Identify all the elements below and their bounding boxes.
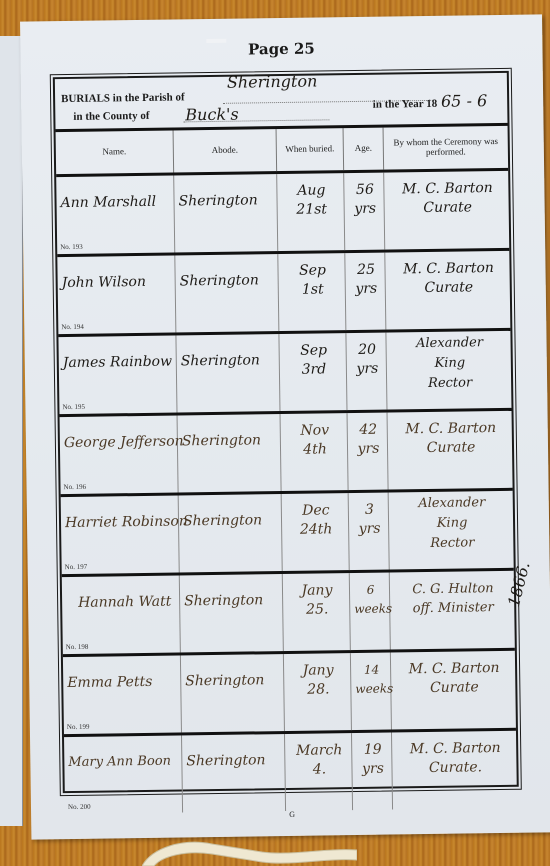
burials-parish-label: BURIALS in the Parish of — [61, 91, 185, 105]
parish-value: Sherington — [227, 72, 318, 92]
table-row: Hannah WattNo. 198 Sherington Jany25. 6w… — [62, 571, 515, 657]
year-label: in the Year 18 — [373, 98, 438, 111]
age-cell: 6weeks — [350, 573, 391, 651]
table-row: James RainbowNo. 195 Sherington Sep3rd 2… — [58, 331, 511, 417]
column-headers: Name. Abode. When buried. Age. By whom t… — [56, 126, 509, 177]
name-cell: Ann MarshallNo. 193 — [56, 176, 175, 255]
when-buried-cell: Sep1st — [278, 253, 346, 331]
abode-cell: Sherington — [181, 654, 285, 732]
name-cell: Hannah WattNo. 198 — [62, 575, 181, 654]
when-buried-cell: March4. — [285, 733, 353, 811]
abode-cell: Sherington — [179, 494, 283, 572]
age-cell: 3yrs — [349, 493, 390, 571]
county-value: Buck's — [185, 105, 239, 125]
when-buried-cell: Jany25. — [283, 573, 351, 651]
age-cell: 19yrs — [352, 733, 393, 811]
table-row: George JeffersonNo. 196 Sherington Nov4t… — [60, 411, 513, 497]
when-buried-cell: Dec24th — [282, 493, 350, 571]
abode-cell: Sherington — [176, 334, 280, 412]
age-cell: 14weeks — [351, 653, 392, 731]
name-cell: Harriet RobinsonNo. 197 — [61, 495, 180, 574]
when-buried-cell: Jany28. — [284, 653, 352, 731]
abode-cell: Sherington — [178, 414, 282, 492]
burial-register-table: BURIALS in the Parish of Sherington in t… — [53, 71, 519, 793]
col-name: Name. — [56, 131, 175, 175]
when-buried-cell: Aug21st — [277, 173, 345, 251]
age-cell: 56yrs — [344, 173, 385, 251]
county-label: in the County of — [73, 110, 149, 123]
age-cell: 20yrs — [346, 333, 387, 411]
col-age: Age. — [344, 128, 385, 171]
name-cell: Mary Ann BoonNo. 200 — [64, 735, 183, 814]
ceremony-by-cell: AlexanderKingRector — [389, 491, 514, 570]
name-cell: George JeffersonNo. 196 — [60, 415, 179, 494]
table-row: Ann MarshallNo. 193 Sherington Aug21st 5… — [56, 171, 509, 257]
abode-cell: Sherington — [174, 174, 278, 252]
col-ceremony-by: By whom the Ceremony was performed. — [384, 126, 509, 170]
name-cell: James RainbowNo. 195 — [58, 335, 177, 414]
name-cell: John WilsonNo. 194 — [57, 255, 176, 334]
register-page: Page 25 BURIALS in the Parish of Shering… — [20, 14, 550, 839]
ceremony-by-cell: M. C. BartonCurate — [388, 411, 513, 490]
col-abode: Abode. — [174, 129, 278, 172]
abode-cell: Sherington — [180, 574, 284, 652]
name-cell: Emma PettsNo. 199 — [63, 655, 182, 734]
abode-cell: Sherington — [182, 734, 286, 812]
ceremony-by-cell: M. C. BartonCurate — [391, 651, 516, 730]
facing-page-edge — [0, 36, 23, 826]
ceremony-by-cell: M. C. BartonCurate. — [392, 731, 517, 810]
when-buried-cell: Nov4th — [281, 413, 349, 491]
year-value: 65 - 6 — [441, 91, 487, 111]
age-cell: 25yrs — [345, 253, 386, 331]
age-cell: 42yrs — [348, 413, 389, 491]
table-row: John WilsonNo. 194 Sherington Sep1st 25y… — [57, 251, 510, 337]
abode-cell: Sherington — [175, 254, 279, 332]
col-when-buried: When buried. — [277, 128, 345, 171]
register-header: BURIALS in the Parish of Sherington in t… — [55, 73, 508, 132]
ceremony-by-cell: M. C. BartonCurate — [385, 251, 510, 330]
ceremony-by-cell: M. C. BartonCurate — [384, 171, 509, 250]
table-row: Mary Ann BoonNo. 200 Sherington March4. … — [64, 731, 517, 814]
when-buried-cell: Sep3rd — [279, 333, 347, 411]
table-row: Harriet RobinsonNo. 197 Sherington Dec24… — [61, 491, 514, 577]
table-row: Emma PettsNo. 199 Sherington Jany28. 14w… — [63, 651, 516, 737]
page-title: Page 25 — [20, 36, 542, 61]
ceremony-by-cell: AlexanderKingRector — [386, 331, 511, 410]
ribbon-bookmark-icon — [142, 838, 357, 866]
ceremony-by-cell: C. G. Hultonoff. Minister — [390, 571, 515, 650]
